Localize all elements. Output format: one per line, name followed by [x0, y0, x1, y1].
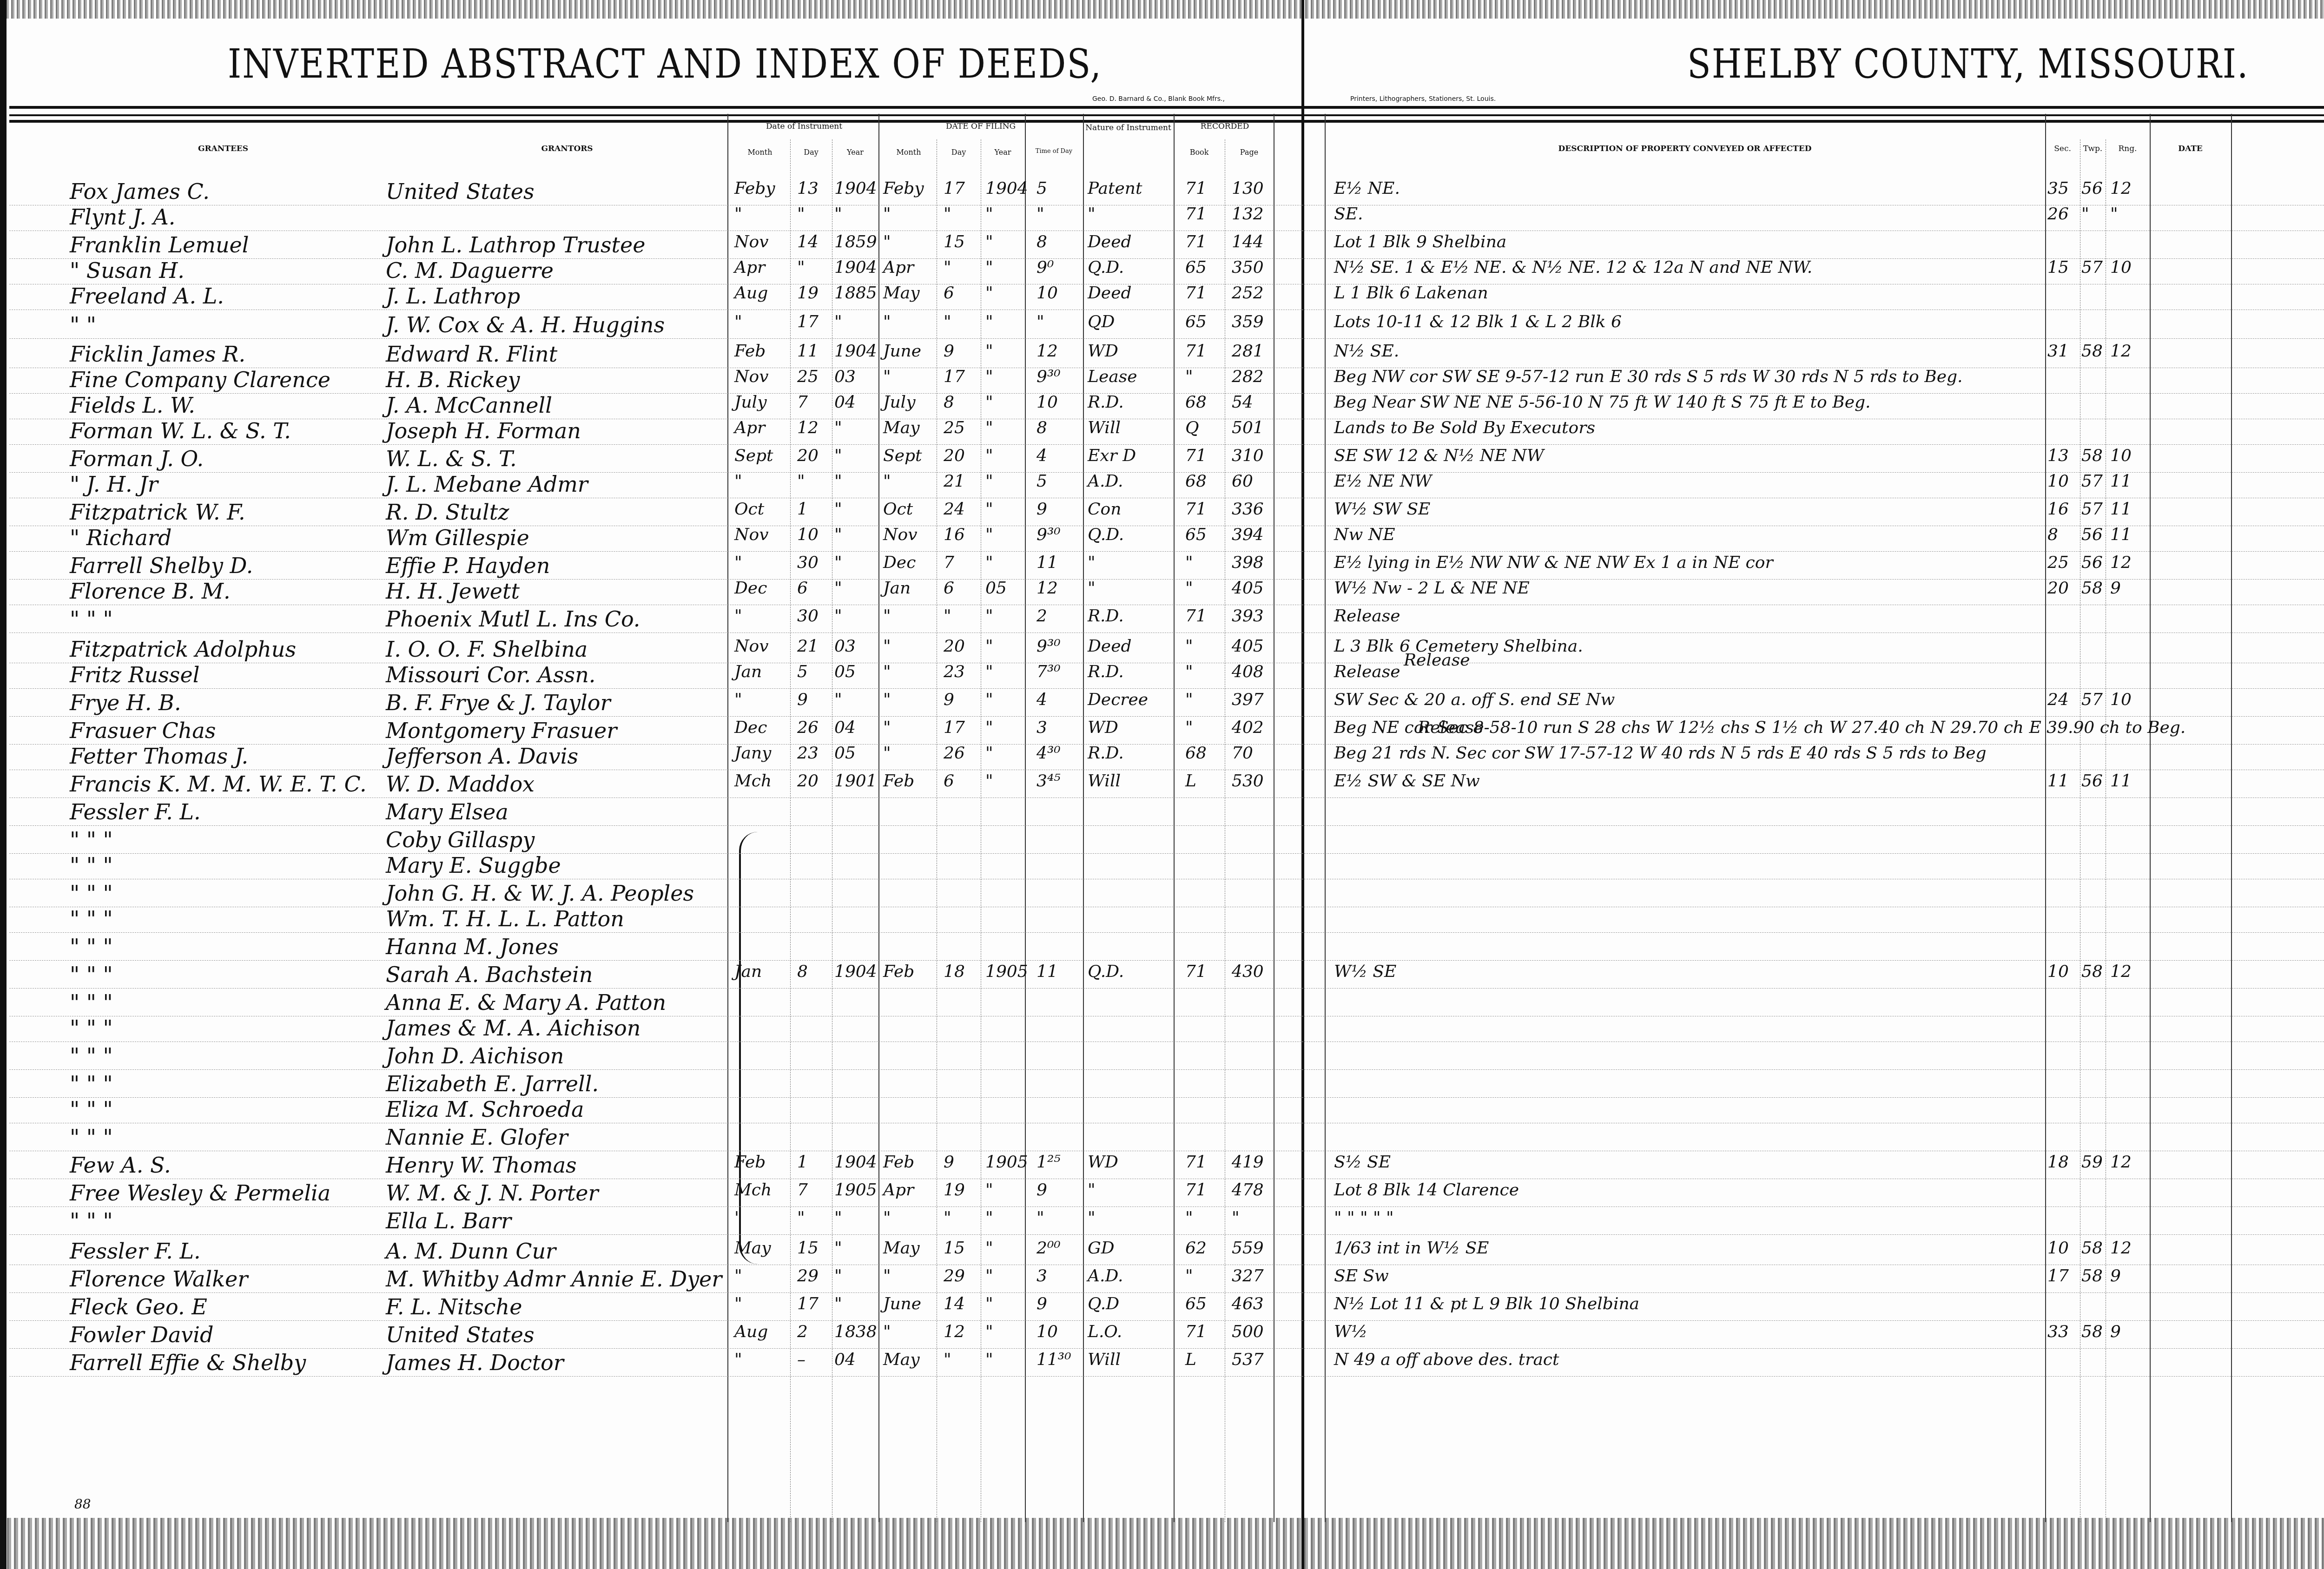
col-header-date-of-instrument: Date of Instrument — [730, 122, 878, 131]
filing-year-cell: " — [985, 472, 993, 491]
twp-cell: " — [2081, 204, 2089, 224]
grantor-cell: J. L. Lathrop — [386, 283, 520, 309]
grantee-cell: Fox James C. — [70, 179, 210, 204]
filing-month-cell: July — [883, 393, 915, 412]
twp-cell: 57 — [2081, 500, 2103, 519]
col-divider — [2231, 114, 2232, 1522]
time-of-day-cell: 3⁴⁵ — [1037, 771, 1061, 791]
grantee-cell: Farrell Effie & Shelby — [70, 1350, 306, 1375]
filing-month-cell: " — [883, 1322, 891, 1341]
grantee-cell: Franklin Lemuel — [70, 232, 249, 257]
col-header-f-month: Month — [881, 148, 937, 157]
grantor-cell: Henry W. Thomas — [386, 1153, 577, 1178]
instrument-day-cell: 7 — [797, 1180, 808, 1200]
book-cell: " — [1185, 1208, 1193, 1227]
instrument-day-cell: 23 — [797, 744, 819, 763]
instrument-day-cell: 26 — [797, 718, 819, 737]
filing-day-cell: 8 — [944, 393, 954, 412]
time-of-day-cell: 5 — [1037, 179, 1047, 198]
time-of-day-cell: 3 — [1037, 1266, 1047, 1286]
row-rule — [9, 310, 2324, 310]
filing-year-cell: " — [985, 500, 993, 519]
rng-cell: 10 — [2110, 258, 2132, 277]
grantor-cell: Anna E. & Mary A. Patton — [386, 990, 666, 1015]
grantor-cell: Eliza M. Schroeda — [386, 1097, 584, 1122]
rng-cell: 9 — [2110, 579, 2121, 598]
book-cell: 65 — [1185, 525, 1207, 544]
grantee-cell: " " " — [70, 962, 113, 987]
filing-year-cell: " — [985, 690, 993, 709]
instrument-month-cell: " — [734, 472, 742, 491]
filing-day-cell: 12 — [944, 1322, 965, 1341]
grantor-cell: Mary Elsea — [386, 799, 508, 824]
filing-day-cell: 17 — [944, 367, 965, 386]
instrument-day-cell: 5 — [797, 662, 808, 681]
instrument-year-cell: " — [834, 472, 842, 491]
grantee-cell: " " " — [70, 1125, 113, 1150]
description-cell: SE Sw — [1334, 1266, 1389, 1286]
twp-cell: 58 — [2081, 579, 2103, 598]
grantee-cell: Fleck Geo. E — [70, 1294, 207, 1319]
nature-cell: GD — [1088, 1239, 1115, 1258]
book-cell: 68 — [1185, 744, 1207, 763]
grantor-cell: James & M. A. Aichison — [386, 1015, 640, 1041]
col-divider — [878, 114, 879, 1522]
grantor-cell: James H. Doctor — [386, 1350, 564, 1375]
row-rule — [9, 633, 2324, 633]
time-of-day-cell: 11³⁰ — [1037, 1350, 1071, 1369]
instrument-year-cell: 1885 — [834, 283, 877, 303]
rng-cell: 11 — [2110, 472, 2132, 491]
grantee-cell: Fessler F. L. — [70, 799, 201, 824]
grantee-cell: " " " — [70, 990, 113, 1015]
rng-cell: 11 — [2110, 525, 2132, 544]
description-cell: S½ SE — [1334, 1153, 1391, 1172]
instrument-day-cell: 2 — [797, 1322, 808, 1341]
nature-cell: R.D. — [1088, 662, 1124, 681]
instrument-day-cell: 20 — [797, 771, 819, 791]
col-header-page: Page — [1225, 148, 1274, 157]
instrument-month-cell: Oct — [734, 500, 764, 519]
grantee-cell: " " " — [70, 906, 113, 931]
nature-cell: L.O. — [1088, 1322, 1122, 1341]
nature-cell: R.D. — [1088, 744, 1124, 763]
time-of-day-cell: 4 — [1037, 690, 1047, 709]
description-cell: N½ SE. — [1334, 342, 1399, 361]
grantor-cell: A. M. Dunn Cur — [386, 1239, 556, 1264]
rng-cell: 11 — [2110, 771, 2132, 791]
twp-cell: 58 — [2081, 962, 2103, 981]
time-of-day-cell: 5 — [1037, 472, 1047, 491]
nature-cell: A.D. — [1088, 1266, 1123, 1286]
instrument-year-cell: 03 — [834, 367, 856, 386]
instrument-day-cell: " — [797, 1208, 805, 1227]
twp-cell: 58 — [2081, 1322, 2103, 1341]
row-rule — [9, 231, 2324, 231]
nature-cell: " — [1088, 204, 1096, 224]
row-rule — [9, 1265, 2324, 1265]
filing-year-cell: " — [985, 1208, 993, 1227]
sec-cell: 17 — [2047, 1266, 2069, 1286]
instrument-month-cell: Nov — [734, 232, 769, 251]
instrument-year-cell: 1904 — [834, 258, 877, 277]
instrument-year-cell: " — [834, 418, 842, 437]
instrument-year-cell: " — [834, 579, 842, 598]
description-cell: L 1 Blk 6 Lakenan — [1334, 283, 1488, 303]
time-of-day-cell: 10 — [1037, 393, 1058, 412]
filing-month-cell: " — [883, 472, 891, 491]
row-rule — [9, 932, 2324, 933]
instrument-year-cell: 1905 — [834, 1180, 877, 1200]
instrument-month-cell: Dec — [734, 718, 767, 737]
sec-cell: 18 — [2047, 1153, 2069, 1172]
row-rule — [9, 907, 2324, 907]
filing-month-cell: Oct — [883, 500, 913, 519]
instrument-day-cell: 9 — [797, 690, 808, 709]
page-cell: 132 — [1232, 204, 1264, 224]
time-of-day-cell: 8 — [1037, 232, 1047, 251]
grantor-cell: Hanna M. Jones — [386, 934, 559, 959]
sec-cell: 33 — [2047, 1322, 2069, 1341]
row-rule — [9, 988, 2324, 989]
page-cell: 405 — [1232, 579, 1264, 598]
sec-cell: 10 — [2047, 472, 2069, 491]
instrument-day-cell: 17 — [797, 312, 819, 331]
filing-day-cell: " — [944, 258, 951, 277]
rng-cell: 12 — [2110, 1153, 2132, 1172]
page-cell: 327 — [1232, 1266, 1264, 1286]
time-of-day-cell: 3 — [1037, 718, 1047, 737]
filing-year-cell: " — [985, 1322, 993, 1341]
book-cell: Q — [1185, 418, 1199, 437]
filing-day-cell: 24 — [944, 500, 965, 519]
grantee-cell: " Susan H. — [70, 258, 185, 283]
filing-month-cell: " — [883, 690, 891, 709]
page-cell: 419 — [1232, 1153, 1264, 1172]
page-cell: 398 — [1232, 553, 1264, 572]
printer-imprint-left: Geo. D. Barnard & Co., Blank Book Mfrs., — [1092, 95, 1225, 103]
col-header-twp: Twp. — [2080, 144, 2106, 153]
time-of-day-cell: 9 — [1037, 1180, 1047, 1200]
instrument-year-cell: " — [834, 1294, 842, 1313]
instrument-month-cell: Feb — [734, 1153, 766, 1172]
grantee-cell: " J. H. Jr — [70, 472, 158, 497]
instrument-year-cell: 04 — [834, 718, 856, 737]
row-rule — [9, 716, 2324, 717]
grantor-cell: W. D. Maddox — [386, 771, 535, 797]
filing-month-cell: Feb — [883, 1153, 914, 1172]
description-cell: Nw NE — [1334, 525, 1395, 544]
page-edge-left — [0, 0, 7, 1569]
twp-cell: 58 — [2081, 1266, 2103, 1286]
instrument-day-cell: " — [797, 204, 805, 224]
header-rule-3 — [9, 120, 2324, 123]
col-header-f-day: Day — [937, 148, 981, 157]
page-cell: 463 — [1232, 1294, 1264, 1313]
book-cell: L — [1185, 771, 1196, 791]
filing-month-cell: " — [883, 1266, 891, 1286]
instrument-month-cell: Aug — [734, 283, 768, 303]
rng-cell: 9 — [2110, 1322, 2121, 1341]
filing-day-cell: 15 — [944, 1239, 965, 1258]
description-cell: Release — [1334, 607, 1400, 626]
filing-year-cell: " — [985, 367, 993, 386]
grantee-cell: Florence Walker — [70, 1266, 248, 1292]
twp-cell: 56 — [2081, 179, 2103, 198]
description-cell: W½ SE — [1334, 962, 1396, 981]
instrument-year-cell: 1904 — [834, 1153, 877, 1172]
grantee-cell: Fessler F. L. — [70, 1239, 201, 1264]
filing-month-cell: " — [883, 662, 891, 681]
instrument-month-cell: Jan — [734, 662, 762, 681]
time-of-day-cell: 9³⁰ — [1037, 525, 1061, 544]
grantor-cell: Elizabeth E. Jarrell. — [386, 1071, 599, 1096]
sec-cell: 11 — [2047, 771, 2069, 791]
description-cell: W½ SW SE — [1334, 500, 1430, 519]
filing-day-cell: 18 — [944, 962, 965, 981]
grantor-cell: J. L. Mebane Admr — [386, 472, 588, 497]
nature-cell: " — [1088, 1208, 1096, 1227]
page-edge-bottom — [0, 1518, 2324, 1569]
instrument-year-cell: " — [834, 1266, 842, 1286]
instrument-month-cell: Nov — [734, 367, 769, 386]
nature-cell: Q.D. — [1088, 525, 1124, 544]
row-rule — [9, 688, 2324, 689]
instrument-day-cell: 7 — [797, 393, 808, 412]
col-divider — [2045, 114, 2046, 1522]
description-cell: Beg NW cor SW SE 9-57-12 run E 30 rds S … — [1334, 367, 1962, 386]
instrument-month-cell: Apr — [734, 258, 765, 277]
instrument-day-cell: – — [797, 1350, 805, 1369]
filing-year-cell: " — [985, 1239, 993, 1258]
filing-month-cell: " — [883, 718, 891, 737]
grantor-cell: B. F. Frye & J. Taylor — [386, 690, 610, 715]
time-of-day-cell: " — [1037, 204, 1044, 224]
row-rule — [9, 551, 2324, 552]
instrument-year-cell: " — [834, 525, 842, 544]
sec-cell: 13 — [2047, 446, 2069, 465]
rng-cell: 12 — [2110, 342, 2132, 361]
grantee-cell: " " " — [70, 1097, 113, 1122]
nature-cell: " — [1088, 553, 1096, 572]
instrument-year-cell: 03 — [834, 637, 856, 656]
nature-cell: Decree — [1088, 690, 1148, 709]
col-header-book: Book — [1174, 148, 1225, 157]
filing-day-cell: 16 — [944, 525, 965, 544]
grantee-cell: Fritz Russel — [70, 662, 199, 687]
header-rule-2 — [9, 114, 2324, 116]
filing-month-cell: " — [883, 607, 891, 626]
page-title-left: INVERTED ABSTRACT AND INDEX OF DEEDS, — [228, 41, 1102, 87]
filing-day-cell: 6 — [944, 283, 954, 303]
row-rule — [9, 393, 2324, 394]
row-rule — [9, 1320, 2324, 1321]
nature-cell: WD — [1088, 718, 1118, 737]
col-header-date-of-filing: DATE OF FILING — [881, 122, 1081, 131]
instrument-month-cell: Mch — [734, 771, 772, 791]
row-rule — [9, 472, 2324, 473]
time-of-day-cell: 2⁰⁰ — [1037, 1239, 1061, 1258]
col-divider — [2106, 139, 2106, 1522]
filing-year-cell: " — [985, 232, 993, 251]
page-cell: 281 — [1232, 342, 1264, 361]
description-cell: Beg 21 rds N. Sec cor SW 17-57-12 W 40 r… — [1334, 744, 1987, 763]
time-of-day-cell: 4³⁰ — [1037, 744, 1061, 763]
instrument-year-cell: " — [834, 204, 842, 224]
instrument-year-cell: " — [834, 446, 842, 465]
release-note: Release — [1404, 651, 1470, 670]
instrument-day-cell: 8 — [797, 962, 808, 981]
book-cell: 71 — [1185, 962, 1207, 981]
filing-month-cell: " — [883, 232, 891, 251]
col-header-nature: Nature of Instrument — [1085, 123, 1171, 132]
filing-year-cell: " — [985, 258, 993, 277]
grantor-cell: F. L. Nitsche — [386, 1294, 522, 1319]
nature-cell: Deed — [1088, 283, 1132, 303]
grantee-cell: " " " — [70, 1015, 113, 1041]
filing-day-cell: 7 — [944, 553, 954, 572]
col-divider — [727, 114, 728, 1522]
page-cell: 54 — [1232, 393, 1253, 412]
filing-day-cell: " — [944, 607, 951, 626]
col-divider — [1325, 114, 1326, 1522]
grantor-cell: Jefferson A. Davis — [386, 744, 578, 769]
row-rule — [9, 284, 2324, 284]
page-cell: 430 — [1232, 962, 1264, 981]
filing-year-cell: " — [985, 418, 993, 437]
instrument-month-cell: " — [734, 1208, 742, 1227]
instrument-month-cell: " — [734, 1294, 742, 1313]
filing-month-cell: May — [883, 1350, 920, 1369]
grantor-cell: Effie P. Hayden — [386, 553, 550, 578]
filing-day-cell: 26 — [944, 744, 965, 763]
book-cell: " — [1185, 1266, 1193, 1286]
instrument-month-cell: Aug — [734, 1322, 768, 1341]
grantor-cell: R. D. Stultz — [386, 500, 509, 525]
instrument-year-cell: " — [834, 1239, 842, 1258]
grantee-cell: Frye H. B. — [70, 690, 181, 715]
grantee-cell: Francis K. M. M. W. E. T. C. — [70, 771, 367, 797]
filing-month-cell: Feb — [883, 962, 914, 981]
row-rule — [9, 338, 2324, 339]
row-rule — [9, 1206, 2324, 1207]
row-rule — [9, 526, 2324, 526]
grantor-cell: Missouri Cor. Assn. — [386, 662, 595, 687]
grantor-cell: Mary E. Suggbe — [386, 853, 561, 878]
row-rule — [9, 1376, 2324, 1377]
grantee-cell: " " " — [70, 827, 113, 852]
filing-year-cell: " — [985, 525, 993, 544]
row-rule — [9, 258, 2324, 259]
col-header-rng: Rng. — [2106, 144, 2150, 153]
grantee-cell: Forman J. O. — [70, 446, 204, 471]
book-cell: " — [1185, 690, 1193, 709]
book-cell: 68 — [1185, 393, 1207, 412]
instrument-year-cell: 04 — [834, 1350, 856, 1369]
grantee-cell: " " " — [70, 881, 113, 906]
grantee-cell: Fine Company Clarence — [70, 367, 330, 392]
book-cell: " — [1185, 579, 1193, 598]
grantee-cell: Farrell Shelby D. — [70, 553, 253, 578]
filing-year-cell: " — [985, 342, 993, 361]
filing-day-cell: " — [944, 1350, 951, 1369]
twp-cell: 58 — [2081, 1239, 2103, 1258]
filing-day-cell: 9 — [944, 1153, 954, 1172]
description-cell: Release — [1334, 662, 1400, 681]
sec-cell: 26 — [2047, 204, 2069, 224]
instrument-month-cell: Feby — [734, 179, 775, 198]
row-rule — [9, 1042, 2324, 1042]
instrument-day-cell: 14 — [797, 232, 819, 251]
filing-month-cell: Apr — [883, 1180, 914, 1200]
page-cell: 408 — [1232, 662, 1264, 681]
header-rule-1 — [9, 106, 2324, 109]
book-cell: 71 — [1185, 1153, 1207, 1172]
book-cell: " — [1185, 718, 1193, 737]
page-edge-top — [0, 0, 2324, 19]
instrument-day-cell: 29 — [797, 1266, 819, 1286]
book-cell: L — [1185, 1350, 1196, 1369]
filing-day-cell: 9 — [944, 342, 954, 361]
grantor-cell: M. Whitby Admr Annie E. Dyer — [386, 1266, 722, 1292]
instrument-month-cell: May — [734, 1239, 771, 1258]
page-cell: 310 — [1232, 446, 1264, 465]
rng-cell: " — [2110, 204, 2118, 224]
col-divider — [832, 139, 833, 1522]
book-gutter — [1301, 0, 1304, 1569]
description-cell: N½ Lot 11 & pt L 9 Blk 10 Shelbina — [1334, 1294, 1639, 1313]
grantee-cell: Florence B. M. — [70, 579, 231, 604]
grantor-cell: Coby Gillaspy — [386, 827, 535, 852]
filing-month-cell: " — [883, 204, 891, 224]
time-of-day-cell: 1²⁵ — [1037, 1153, 1061, 1172]
row-rule — [9, 205, 2324, 205]
twp-cell: 59 — [2081, 1153, 2103, 1172]
page-cell: 60 — [1232, 472, 1253, 491]
description-cell: Lot 8 Blk 14 Clarence — [1334, 1180, 1519, 1200]
nature-cell: WD — [1088, 1153, 1118, 1172]
grantee-cell: Fields L. W. — [70, 393, 195, 418]
nature-cell: WD — [1088, 342, 1118, 361]
instrument-year-cell: 04 — [834, 393, 856, 412]
page-title-right: SHELBY COUNTY, MISSOURI. — [1687, 41, 2249, 87]
grantor-cell: W. M. & J. N. Porter — [386, 1180, 599, 1206]
nature-cell: Lease — [1088, 367, 1137, 386]
grantor-cell: Phoenix Mutl L. Ins Co. — [386, 607, 640, 632]
description-cell: 1/63 int in W½ SE — [1334, 1239, 1489, 1258]
row-rule — [9, 419, 2324, 419]
instrument-year-cell: 1838 — [834, 1322, 877, 1341]
description-cell: E½ NE NW — [1334, 472, 1432, 491]
filing-month-cell: June — [883, 342, 921, 361]
page-cell: 478 — [1232, 1180, 1264, 1200]
description-cell: E½ lying in E½ NW NW & NE NW Ex 1 a in N… — [1334, 553, 1773, 572]
description-cell: N½ SE. 1 & E½ NE. & N½ NE. 12 & 12a N an… — [1334, 258, 1812, 277]
instrument-day-cell: 6 — [797, 579, 808, 598]
rng-cell: 9 — [2110, 1266, 2121, 1286]
filing-month-cell: Sept — [883, 446, 922, 465]
instrument-month-cell: " — [734, 1350, 742, 1369]
row-rule — [9, 1179, 2324, 1179]
grantor-cell: H. H. Jewett — [386, 579, 520, 604]
sec-cell: 16 — [2047, 500, 2069, 519]
row-rule — [9, 663, 2324, 663]
book-cell: 65 — [1185, 258, 1207, 277]
page-cell: 405 — [1232, 637, 1264, 656]
grantor-cell: J. A. McCannell — [386, 393, 552, 418]
grantor-cell: Montgomery Frasuer — [386, 718, 617, 743]
ledger-page: INVERTED ABSTRACT AND INDEX OF DEEDS, SH… — [0, 0, 2324, 1569]
